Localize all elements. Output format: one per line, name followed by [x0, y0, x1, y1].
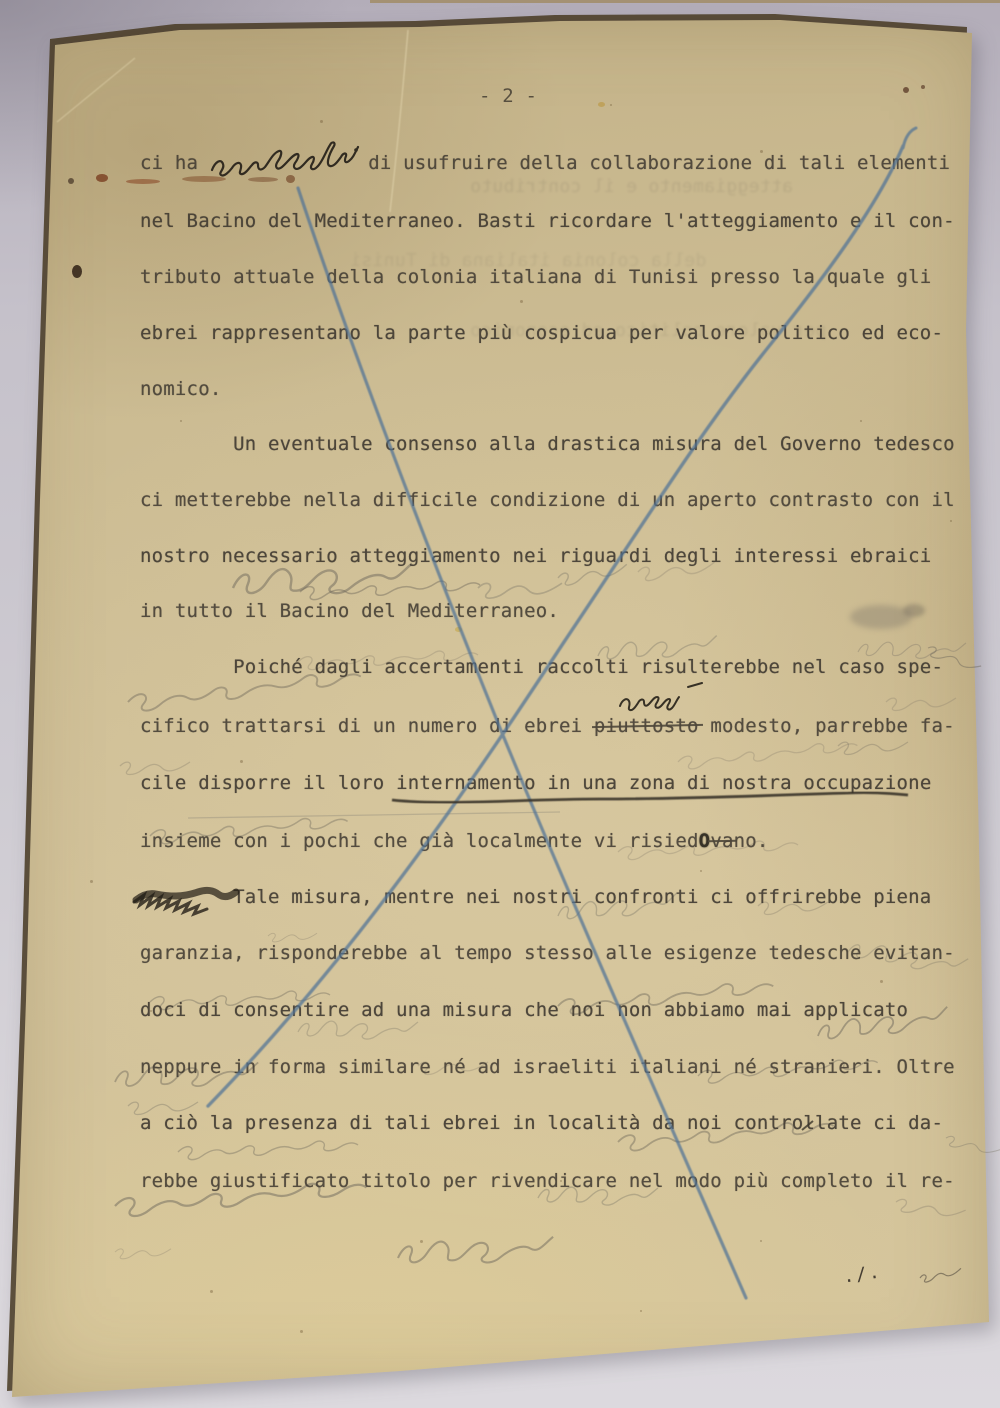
paper-speck — [640, 1310, 642, 1312]
paper-speck — [180, 420, 182, 422]
ink-spot — [68, 178, 74, 184]
paper-speck — [210, 1290, 213, 1293]
yellow-speck — [598, 102, 605, 107]
paper-speck — [240, 760, 243, 763]
paper-speck — [560, 1180, 562, 1182]
paper-speck — [300, 1330, 303, 1333]
rust-stain — [126, 179, 160, 184]
paper-speck — [760, 1240, 762, 1242]
paper-speck — [420, 1240, 423, 1243]
paper-speck — [950, 520, 952, 522]
paper-speck — [700, 870, 702, 872]
paper-speck — [90, 880, 93, 883]
yellow-speck — [455, 627, 462, 632]
paper-wrap — [0, 0, 1000, 1408]
smudge — [850, 605, 912, 629]
paper-speck — [150, 1010, 152, 1012]
rust-stain — [96, 174, 108, 182]
scanned-document-photo: - 2 - ci hadi usufruire della collaboraz… — [0, 0, 1000, 1408]
typewritten-page — [0, 0, 1000, 1408]
paper-speck — [760, 150, 763, 153]
ink-spot — [72, 265, 82, 278]
rust-stain — [182, 176, 226, 182]
paper-speck — [530, 730, 532, 732]
paper-speck — [880, 980, 883, 983]
brown-speck — [903, 87, 909, 93]
paper-speck — [320, 120, 323, 123]
rust-stain — [248, 177, 278, 182]
brown-speck — [921, 85, 925, 89]
paper-speck — [520, 300, 523, 303]
smudge — [903, 604, 925, 617]
rust-stain — [286, 175, 295, 183]
paper-speck — [860, 420, 862, 422]
paper-speck — [610, 104, 612, 106]
